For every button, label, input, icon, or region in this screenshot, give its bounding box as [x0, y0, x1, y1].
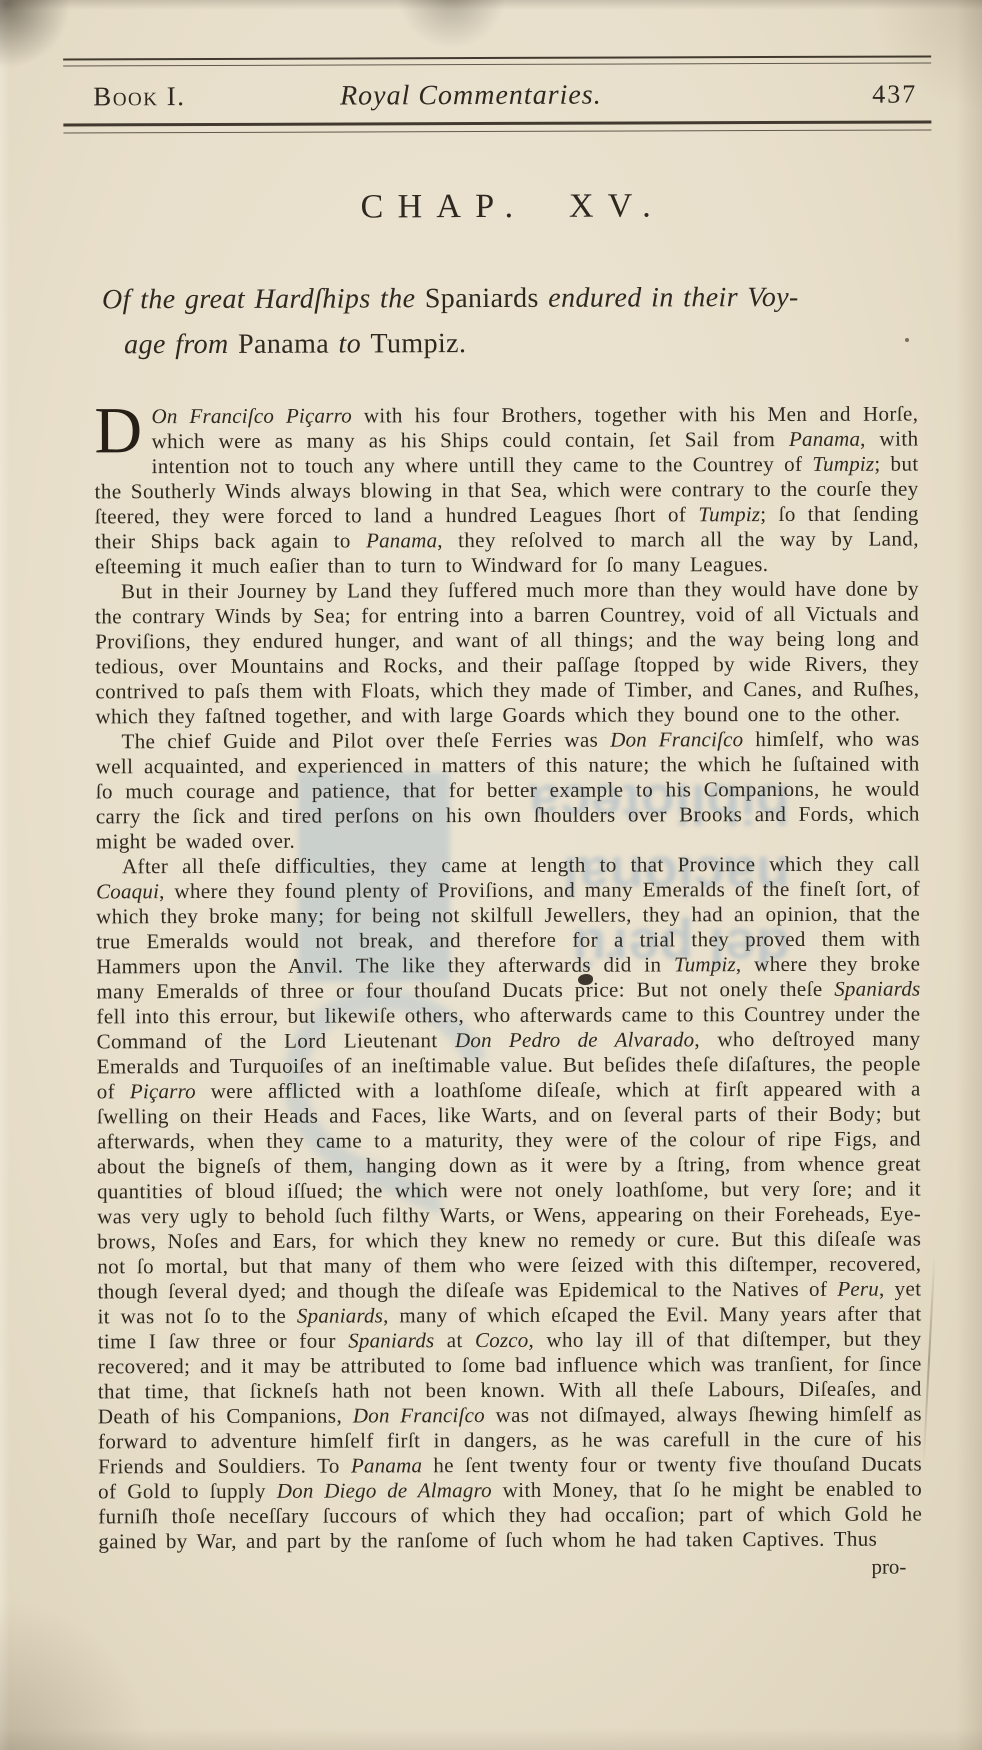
italic-run: Cozco: [475, 1328, 529, 1352]
italic-run: age from: [124, 329, 238, 360]
header-rule: [63, 120, 931, 133]
italic-run: Of the great Hardſhips the: [102, 283, 425, 315]
ink-speck: [905, 338, 909, 342]
italic-run: Don Pedro de Alvarado: [455, 1027, 694, 1052]
catchword: pro-: [98, 1554, 922, 1582]
text-run: The chief Guide and Pilot over theſe Fer…: [121, 728, 610, 754]
top-rule: [63, 55, 931, 66]
ink-blot: [578, 974, 593, 985]
italic-run: Panama: [789, 427, 860, 451]
body-paragraph: After all theſe difficulties, they came …: [96, 852, 922, 1555]
italic-run: Panama: [366, 528, 437, 552]
italic-run: On Franciſco Piçarro: [151, 403, 363, 428]
chapter-heading: CHAP. XV.: [94, 187, 918, 228]
body-paragraph: DOn Franciſco Piçarro with his four Brot…: [94, 402, 919, 580]
text-run: were afflicted with a loathſome diſeaſe,…: [97, 1077, 922, 1304]
italic-run: Spaniards: [834, 977, 920, 1001]
text-run: at: [434, 1328, 475, 1352]
italic-run: Spaniards: [297, 1303, 383, 1327]
text-run: Tumpiz.: [370, 328, 466, 359]
body-text: DOn Franciſco Piçarro with his four Brot…: [94, 402, 922, 1555]
body-paragraph: The chief Guide and Pilot over theſe Fer…: [95, 727, 919, 855]
book-label: Book I.: [93, 79, 185, 113]
page-number: 437: [872, 78, 917, 112]
text-run: Panama: [238, 329, 329, 360]
page-sheet: del perú nacional biblioteca Book I. Roy…: [0, 0, 982, 1750]
italic-run: Spaniards: [348, 1328, 434, 1352]
page-header: Book I. Royal Commentaries. 437: [93, 77, 917, 115]
subtitle-line-1: Of the great Hardſhips the Spaniards end…: [102, 275, 918, 323]
text-run: Spaniards: [425, 283, 539, 314]
body-paragraph: But in their Journey by Land they ſuffer…: [95, 577, 920, 730]
italic-run: Panama: [351, 1453, 422, 1477]
text-run: After all theſe difficulties, they came …: [122, 852, 920, 879]
text-run: But in their Journey by Land they ſuffer…: [95, 577, 919, 729]
italic-run: Don Franciſco: [610, 727, 743, 751]
running-title: Royal Commentaries.: [340, 79, 602, 114]
italic-run: Don Franciſco: [353, 1403, 485, 1427]
italic-run: to: [329, 328, 370, 359]
italic-run: Don Diego de Almagro: [277, 1478, 492, 1503]
italic-run: endured in their Voy-: [539, 282, 799, 314]
italic-run: Coaqui: [96, 879, 159, 903]
subtitle-line-2: age from Panama to Tumpiz.: [102, 320, 918, 368]
drop-cap-initial: D: [94, 406, 142, 456]
italic-run: Tumpiz: [674, 952, 736, 976]
italic-run: Tumpiz: [698, 502, 760, 526]
italic-run: Tumpiz: [812, 452, 874, 476]
italic-run: Piçarro: [130, 1079, 196, 1103]
page-content: Book I. Royal Commentaries. 437 CHAP. XV…: [0, 0, 982, 1750]
italic-run: Peru: [837, 1277, 879, 1301]
chapter-subtitle: Of the great Hardſhips the Spaniards end…: [102, 275, 918, 368]
